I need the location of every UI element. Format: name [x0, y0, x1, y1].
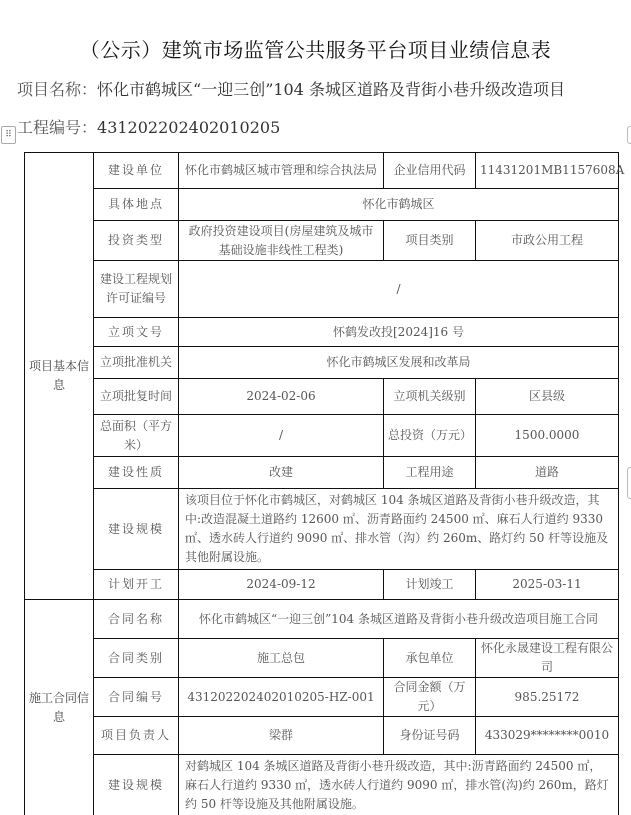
value-contractor: 怀化永晟建设工程有限公司 — [476, 639, 619, 678]
value-credit: 11431201MB1157608A — [476, 153, 619, 189]
project-code-label: 工程编号： — [17, 118, 97, 137]
value-scale: 该项目位于怀化市鹤城区，对鹤城区 104 条城区道路及背街小巷升级改造，其中:改… — [179, 489, 619, 570]
value-approval-date: 2024-02-06 — [179, 379, 384, 415]
label-approval-doc: 立项文号 — [94, 318, 179, 347]
label-plan-finish: 计划竣工 — [384, 570, 476, 600]
value-approval-org: 怀化市鹤城区发展和改革局 — [179, 347, 619, 379]
label-location: 具体地点 — [94, 189, 179, 221]
label-contract-code: 合同编号 — [94, 678, 179, 717]
value-id-number: 433029********0010 — [476, 717, 619, 755]
value-approval-level: 区县级 — [476, 379, 619, 415]
value-permit: / — [179, 261, 619, 318]
value-contract-name: 怀化市鹤城区“一迎三创”104 条城区道路及背街小巷升级改造项目施工合同 — [179, 600, 619, 639]
table-drag-handle-icon[interactable]: ⠿ — [1, 126, 16, 144]
value-unit: 怀化市鹤城区城市管理和综合执法局 — [179, 153, 384, 189]
label-contract-amount: 合同金额（万元） — [384, 678, 476, 717]
value-category: 市政公用工程 — [476, 221, 619, 261]
value-contract-type: 施工总包 — [179, 639, 384, 678]
value-location: 怀化市鹤城区 — [179, 189, 619, 221]
value-usage: 道路 — [476, 457, 619, 489]
value-plan-start: 2024-09-12 — [179, 570, 384, 600]
label-unit: 建设单位 — [94, 153, 179, 189]
value-invest-type: 政府投资建设项目(房屋建筑及城市基础设施非线性工程类) — [179, 221, 384, 261]
label-approval-level: 立项机关级别 — [384, 379, 476, 415]
label-category: 项目类别 — [384, 221, 476, 261]
label-invest-type: 投资类型 — [94, 221, 179, 261]
label-usage: 工程用途 — [384, 457, 476, 489]
project-name-label: 项目名称： — [17, 80, 97, 99]
label-credit: 企业信用代码 — [384, 153, 476, 189]
label-investment: 总投资（万元） — [384, 415, 476, 457]
value-approval-doc: 怀鹤发改投[2024]16 号 — [179, 318, 619, 347]
label-scale: 建设规模 — [94, 489, 179, 570]
label-id-number: 身份证号码 — [384, 717, 476, 755]
page-title: （公示）建筑市场监管公共服务平台项目业绩信息表 — [0, 34, 631, 63]
value-contract-amount: 985.25172 — [476, 678, 619, 717]
label-area: 总面积（平方米） — [94, 415, 179, 457]
value-project-manager: 梁群 — [179, 717, 384, 755]
value-contract-scale: 对鹤城区 104 条城区道路及背街小巷升级改造，其中:沥青路面约 24500 ㎡… — [179, 755, 619, 815]
value-nature: 改建 — [179, 457, 384, 489]
project-code: 工程编号：431202202402010205 — [17, 115, 280, 138]
label-contract-name: 合同名称 — [94, 600, 179, 639]
label-contract-type: 合同类别 — [94, 639, 179, 678]
label-plan-start: 计划开工 — [94, 570, 179, 600]
value-investment: 1500.0000 — [476, 415, 619, 457]
section-contract-info: 施工合同信息 — [25, 600, 94, 815]
info-table: 项目基本信息 建设单位 怀化市鹤城区城市管理和综合执法局 企业信用代码 1143… — [24, 152, 619, 815]
label-nature: 建设性质 — [94, 457, 179, 489]
label-permit: 建设工程规划许可证编号 — [94, 261, 179, 318]
label-approval-date: 立项批复时间 — [94, 379, 179, 415]
label-project-manager: 项目负责人 — [94, 717, 179, 755]
value-area: / — [179, 415, 384, 457]
project-name-value: 怀化市鹤城区“一迎三创”104 条城区道路及背街小巷升级改造项目 — [97, 80, 565, 99]
section-basic-info: 项目基本信息 — [25, 153, 94, 600]
project-name: 项目名称：怀化市鹤城区“一迎三创”104 条城区道路及背街小巷升级改造项目 — [17, 77, 565, 100]
label-contractor: 承包单位 — [384, 639, 476, 678]
right-edge-handle[interactable] — [627, 126, 631, 144]
value-plan-finish: 2025-03-11 — [476, 570, 619, 600]
right-edge-handle-2[interactable] — [627, 467, 631, 499]
label-approval-org: 立项批准机关 — [94, 347, 179, 379]
value-contract-code: 431202202402010205-HZ-001 — [179, 678, 384, 717]
project-code-value: 431202202402010205 — [97, 118, 280, 137]
label-contract-scale: 建设规模 — [94, 755, 179, 815]
